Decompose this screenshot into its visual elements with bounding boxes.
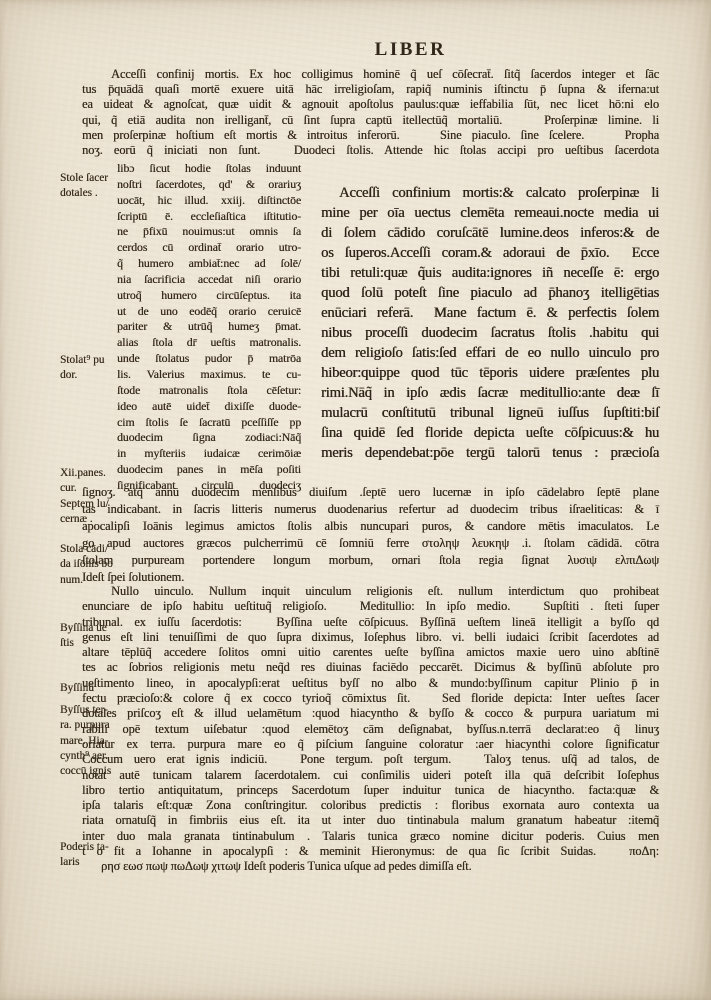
second-commentary-paragraph: Nullo uinculo. Nullum inquit uinculum re…: [82, 584, 659, 875]
margin-note-stole-sacerdotales: Stole ſacerdotales .: [60, 171, 118, 202]
quote-block: Acceſſi confinium mortis:& calcato proſe…: [321, 183, 659, 463]
margin-note-stola-candida: Stola cādi/da iſōnis bonum.: [60, 542, 118, 588]
left-commentary-column: libɔ ſicut hodie ſtolas induuntnoſtri ſa…: [117, 161, 301, 494]
page-title: LIBER: [55, 39, 711, 61]
margin-note-septem-lucernae: Septem lu/cernæ .: [60, 497, 118, 528]
margin-note-byssina-uestis: Byſſina ueſtis: [60, 621, 118, 652]
margin-note-poderis-talaris: Poderis ta-laris: [60, 840, 118, 871]
opening-paragraph: Acceſſi confinij mortis. Ex hoc colligim…: [82, 67, 659, 158]
full-width-commentary: ſignoʒ. atq̃ annū duodecim menſibus diui…: [82, 484, 659, 586]
margin-note-stolatus-pudor: Stolat⁹ pudor.: [60, 353, 118, 384]
margin-note-byssus-elements: Byſſus ter-ra. purpuramare. Hia-cynth⁹ a…: [60, 703, 118, 779]
margin-note-byssinum: Byſſinū: [60, 681, 118, 696]
margin-note-xii-panes: Xii.panes.cur.: [60, 466, 118, 497]
book-page: LIBER Acceſſi confinij mortis. Ex hoc co…: [0, 0, 711, 1000]
